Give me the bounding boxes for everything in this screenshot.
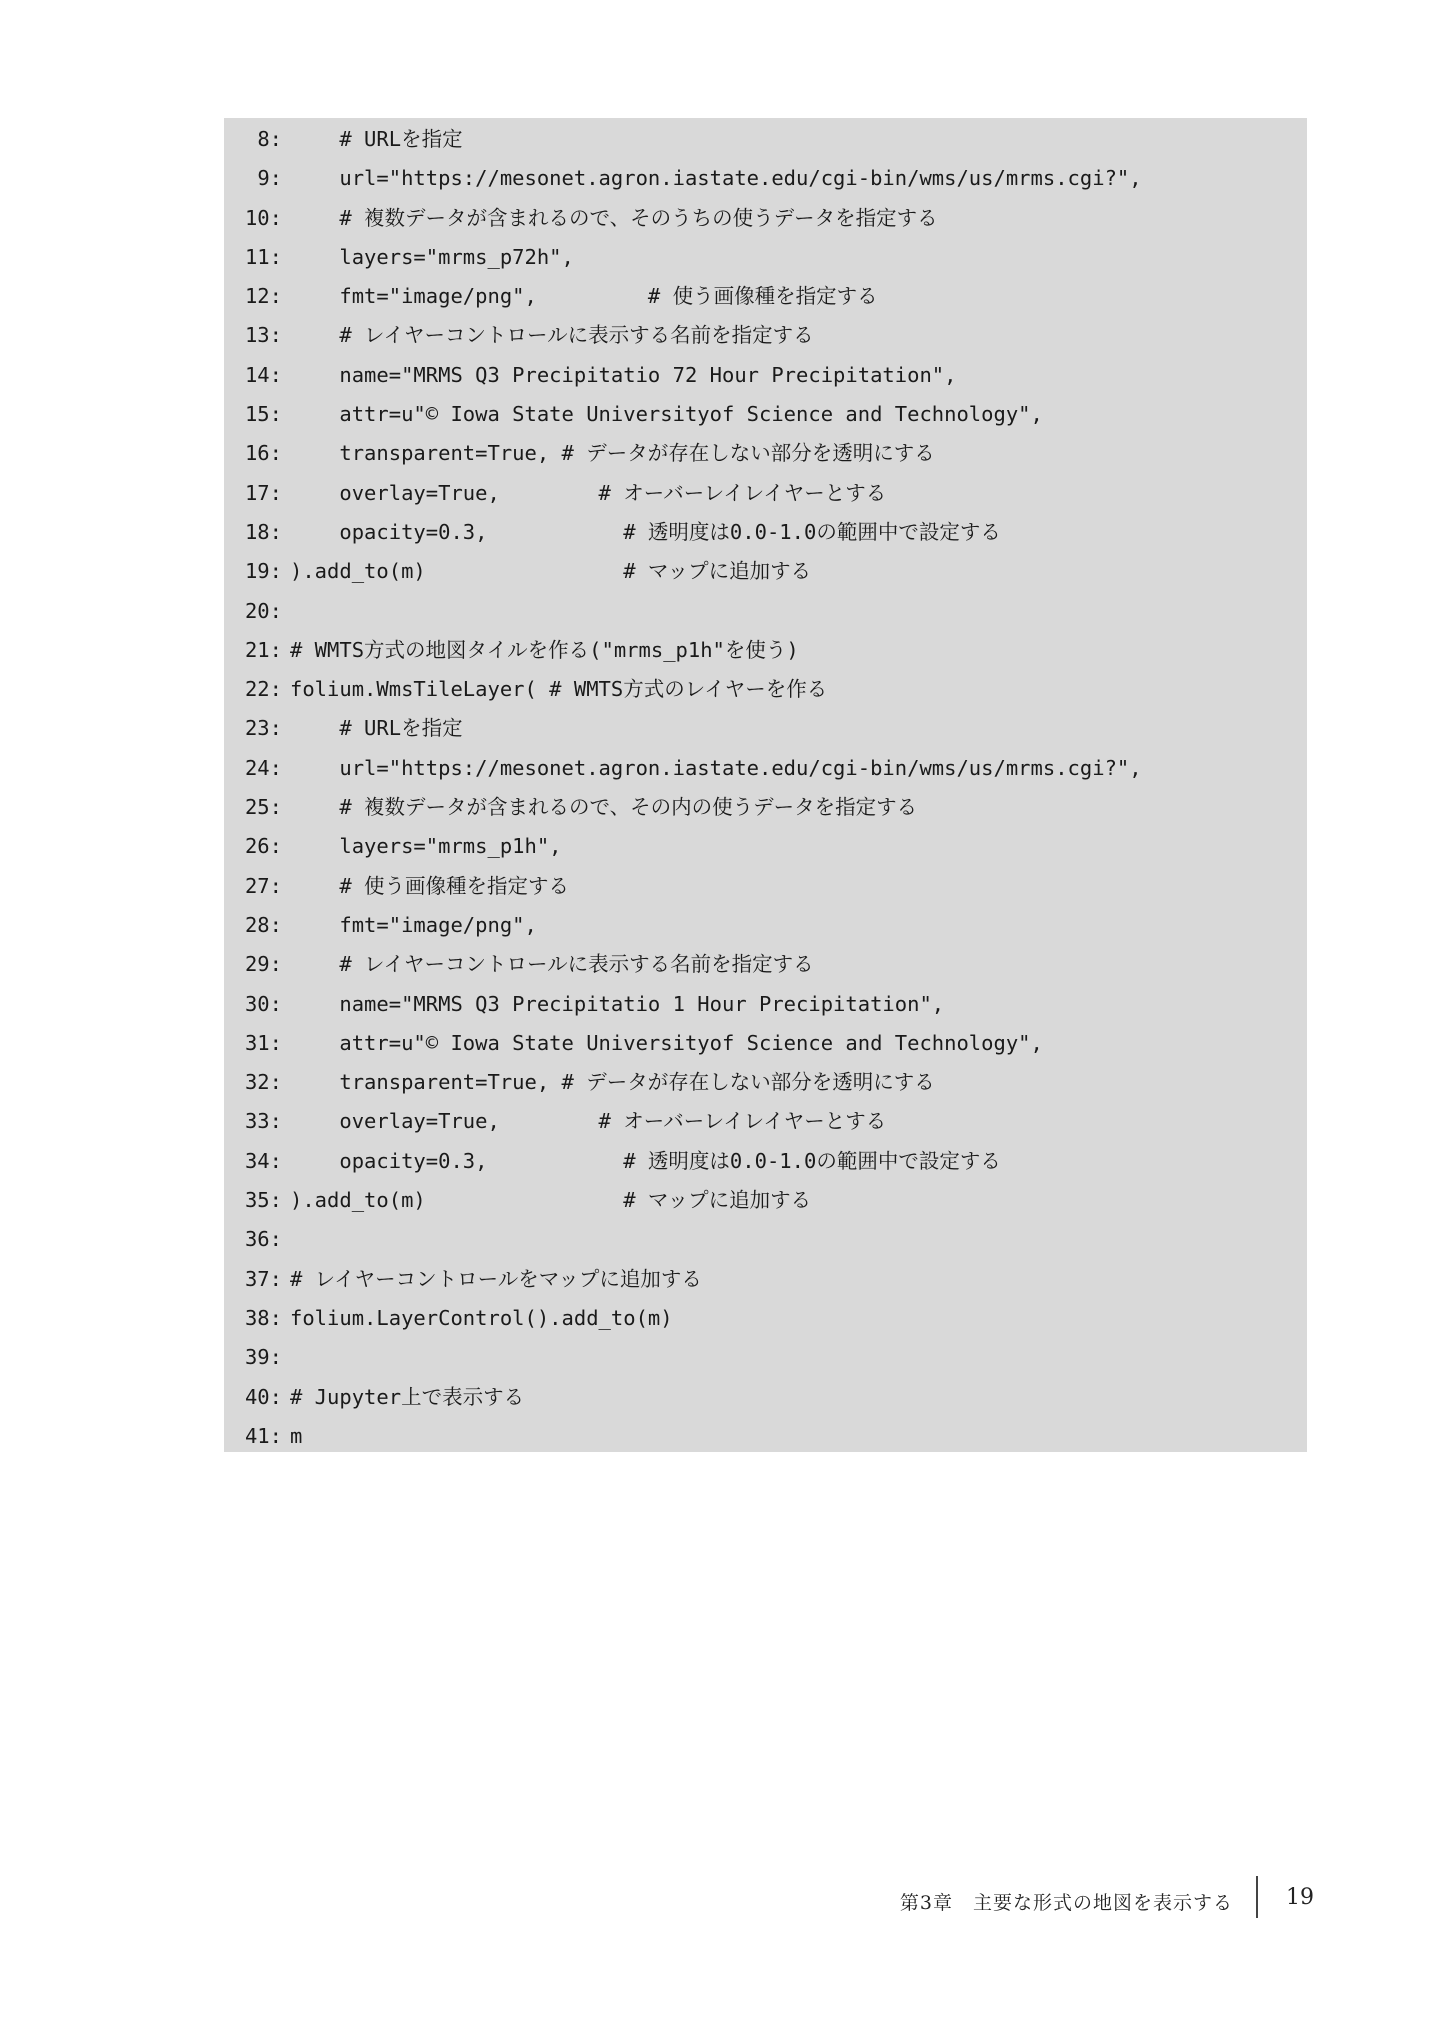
code-line: 30: name="MRMS Q3 Precipitatio 1 Hour Pr… <box>224 985 1307 1024</box>
line-number: 8: <box>232 120 282 159</box>
line-code: # URLを指定 <box>290 120 463 159</box>
code-line: 13: # レイヤーコントロールに表示する名前を指定する <box>224 316 1307 355</box>
code-line: 27: # 使う画像種を指定する <box>224 867 1307 906</box>
code-listing: 8: # URLを指定9: url="https://mesonet.agron… <box>224 118 1307 1452</box>
code-line: 31: attr=u"© Iowa State Universityof Sci… <box>224 1024 1307 1063</box>
code-line: 33: overlay=True, # オーバーレイレイヤーとする <box>224 1102 1307 1141</box>
line-number: 36: <box>232 1220 282 1259</box>
line-number: 16: <box>232 434 282 473</box>
line-number: 9: <box>232 159 282 198</box>
line-code: # 複数データが含まれるので、そのうちの使うデータを指定する <box>290 199 938 238</box>
line-code: name="MRMS Q3 Precipitatio 1 Hour Precip… <box>290 985 944 1024</box>
line-code: overlay=True, # オーバーレイレイヤーとする <box>290 1102 886 1141</box>
code-line: 24: url="https://mesonet.agron.iastate.e… <box>224 749 1307 788</box>
line-code: attr=u"© Iowa State Universityof Science… <box>290 395 1043 434</box>
code-line: 23: # URLを指定 <box>224 709 1307 748</box>
code-line: 35:).add_to(m) # マップに追加する <box>224 1181 1307 1220</box>
line-number: 33: <box>232 1102 282 1141</box>
line-number: 39: <box>232 1338 282 1377</box>
line-number: 17: <box>232 474 282 513</box>
line-number: 32: <box>232 1063 282 1102</box>
code-line: 11: layers="mrms_p72h", <box>224 238 1307 277</box>
chapter-title: 第3章 主要な形式の地図を表示する <box>900 1888 1233 1915</box>
code-line: 15: attr=u"© Iowa State Universityof Sci… <box>224 395 1307 434</box>
code-line: 9: url="https://mesonet.agron.iastate.ed… <box>224 159 1307 198</box>
line-code: overlay=True, # オーバーレイレイヤーとする <box>290 474 886 513</box>
code-line: 25: # 複数データが含まれるので、その内の使うデータを指定する <box>224 788 1307 827</box>
line-number: 35: <box>232 1181 282 1220</box>
line-code: # URLを指定 <box>290 709 463 748</box>
page-footer: 第3章 主要な形式の地図を表示する 19 <box>0 1876 1433 1926</box>
line-number: 10: <box>232 199 282 238</box>
line-code: ).add_to(m) # マップに追加する <box>290 1181 811 1220</box>
code-line: 37:# レイヤーコントロールをマップに追加する <box>224 1260 1307 1299</box>
line-number: 22: <box>232 670 282 709</box>
line-number: 29: <box>232 945 282 984</box>
code-line: 18: opacity=0.3, # 透明度は0.0-1.0の範囲中で設定する <box>224 513 1307 552</box>
line-code: ).add_to(m) # マップに追加する <box>290 552 811 591</box>
line-code: m <box>290 1417 302 1456</box>
code-line: 22:folium.WmsTileLayer( # WMTS方式のレイヤーを作る <box>224 670 1307 709</box>
line-number: 12: <box>232 277 282 316</box>
line-code: # レイヤーコントロールをマップに追加する <box>290 1260 702 1299</box>
code-line: 20: <box>224 592 1307 631</box>
line-number: 38: <box>232 1299 282 1338</box>
code-line: 12: fmt="image/png", # 使う画像種を指定する <box>224 277 1307 316</box>
line-code: url="https://mesonet.agron.iastate.edu/c… <box>290 159 1142 198</box>
code-line: 17: overlay=True, # オーバーレイレイヤーとする <box>224 474 1307 513</box>
code-line: 21:# WMTS方式の地図タイルを作る("mrms_p1h"を使う) <box>224 631 1307 670</box>
code-line: 8: # URLを指定 <box>224 120 1307 159</box>
code-line: 34: opacity=0.3, # 透明度は0.0-1.0の範囲中で設定する <box>224 1142 1307 1181</box>
line-code: layers="mrms_p72h", <box>290 238 574 277</box>
line-code: folium.WmsTileLayer( # WMTS方式のレイヤーを作る <box>290 670 827 709</box>
line-number: 21: <box>232 631 282 670</box>
line-code: fmt="image/png", <box>290 906 537 945</box>
line-code: fmt="image/png", # 使う画像種を指定する <box>290 277 878 316</box>
line-code: opacity=0.3, # 透明度は0.0-1.0の範囲中で設定する <box>290 513 1001 552</box>
line-number: 15: <box>232 395 282 434</box>
line-code: transparent=True, # データが存在しない部分を透明にする <box>290 1063 935 1102</box>
line-number: 34: <box>232 1142 282 1181</box>
line-number: 13: <box>232 316 282 355</box>
line-number: 28: <box>232 906 282 945</box>
footer-divider <box>1256 1876 1258 1918</box>
code-line: 41:m <box>224 1417 1307 1456</box>
code-line: 39: <box>224 1338 1307 1377</box>
page-number: 19 <box>1286 1885 1314 1910</box>
line-code: # レイヤーコントロールに表示する名前を指定する <box>290 316 814 355</box>
line-code: # 複数データが含まれるので、その内の使うデータを指定する <box>290 788 917 827</box>
line-number: 20: <box>232 592 282 631</box>
line-code: # レイヤーコントロールに表示する名前を指定する <box>290 945 814 984</box>
code-line: 36: <box>224 1220 1307 1259</box>
line-number: 18: <box>232 513 282 552</box>
line-code: folium.LayerControl().add_to(m) <box>290 1299 673 1338</box>
line-code: transparent=True, # データが存在しない部分を透明にする <box>290 434 935 473</box>
line-number: 41: <box>232 1417 282 1456</box>
code-line: 26: layers="mrms_p1h", <box>224 827 1307 866</box>
line-number: 27: <box>232 867 282 906</box>
line-code: # WMTS方式の地図タイルを作る("mrms_p1h"を使う) <box>290 631 799 670</box>
code-line: 16: transparent=True, # データが存在しない部分を透明にす… <box>224 434 1307 473</box>
line-number: 23: <box>232 709 282 748</box>
line-code: # Jupyter上で表示する <box>290 1378 524 1417</box>
line-number: 11: <box>232 238 282 277</box>
line-code: attr=u"© Iowa State Universityof Science… <box>290 1024 1043 1063</box>
code-line: 32: transparent=True, # データが存在しない部分を透明にす… <box>224 1063 1307 1102</box>
line-code: opacity=0.3, # 透明度は0.0-1.0の範囲中で設定する <box>290 1142 1001 1181</box>
line-number: 26: <box>232 827 282 866</box>
code-line: 29: # レイヤーコントロールに表示する名前を指定する <box>224 945 1307 984</box>
line-number: 40: <box>232 1378 282 1417</box>
code-line: 19:).add_to(m) # マップに追加する <box>224 552 1307 591</box>
line-number: 24: <box>232 749 282 788</box>
line-number: 19: <box>232 552 282 591</box>
code-line: 38:folium.LayerControl().add_to(m) <box>224 1299 1307 1338</box>
line-number: 25: <box>232 788 282 827</box>
line-code: # 使う画像種を指定する <box>290 867 569 906</box>
line-code: url="https://mesonet.agron.iastate.edu/c… <box>290 749 1142 788</box>
line-number: 14: <box>232 356 282 395</box>
line-code: layers="mrms_p1h", <box>290 827 562 866</box>
line-number: 30: <box>232 985 282 1024</box>
code-line: 40:# Jupyter上で表示する <box>224 1378 1307 1417</box>
code-line: 14: name="MRMS Q3 Precipitatio 72 Hour P… <box>224 356 1307 395</box>
line-number: 37: <box>232 1260 282 1299</box>
code-line: 10: # 複数データが含まれるので、そのうちの使うデータを指定する <box>224 199 1307 238</box>
line-number: 31: <box>232 1024 282 1063</box>
code-line: 28: fmt="image/png", <box>224 906 1307 945</box>
line-code: name="MRMS Q3 Precipitatio 72 Hour Preci… <box>290 356 956 395</box>
